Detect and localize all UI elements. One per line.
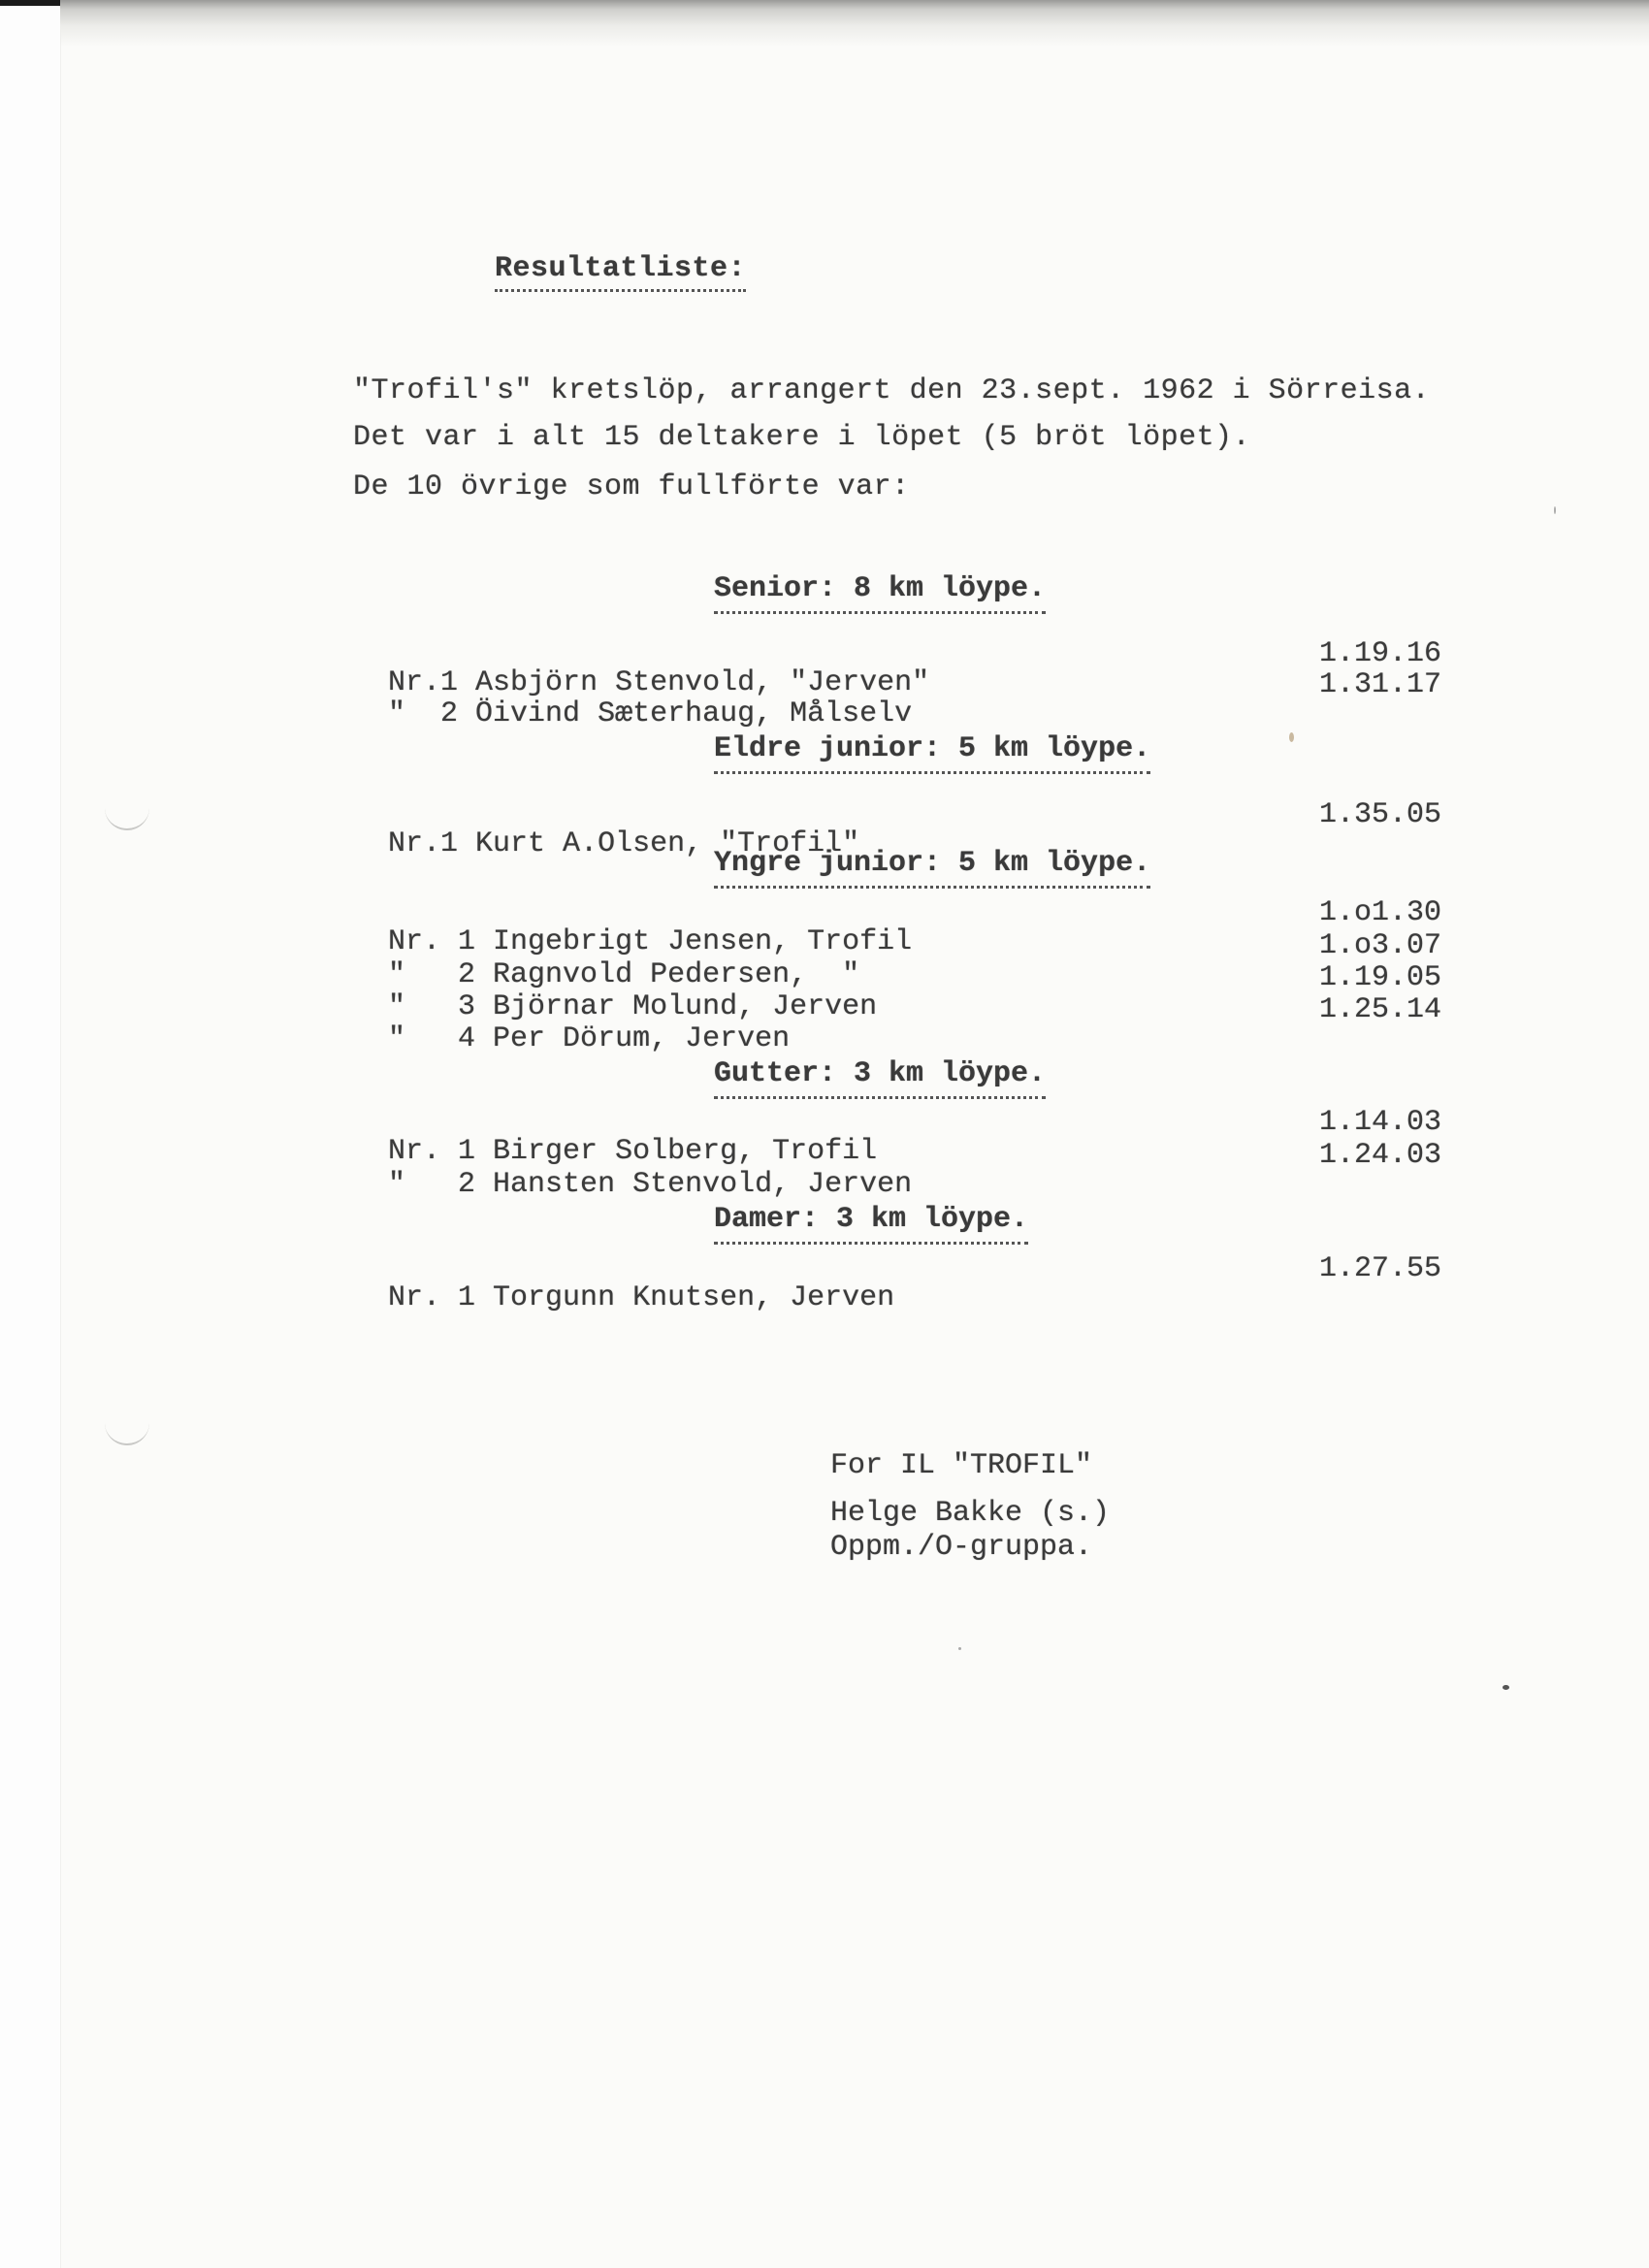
scan-speck [1554,506,1556,514]
result-name: Per Dörum, Jerven [493,1022,790,1055]
result-time: 1.o1.30 [1319,898,1441,927]
result-row: Nr. 1 Torgunn Knutsen, Jerven 1.27.55 [353,1254,1441,1342]
scan-speck [958,1647,961,1650]
result-prefix: Nr.1 [388,827,458,860]
punch-hole-mark [105,807,149,830]
result-name: Hansten Stenvold, Jerven [493,1168,912,1201]
scan-speck [1503,1685,1509,1690]
scan-top-shadow [60,0,1649,47]
result-time: 1.19.16 [1319,639,1441,668]
result-time: 1.o3.07 [1319,931,1441,960]
intro-line: De 10 övrige som fullförte var: [353,472,910,502]
result-prefix: " 2 [388,1168,475,1201]
result-prefix: " 2 [388,697,458,730]
result-time: 1.31.17 [1319,670,1441,699]
result-name: Torgunn Knutsen, Jerven [493,1281,894,1314]
document-title: Resultatliste: [495,254,746,292]
section-heading-senior: Senior: 8 km löype. [714,572,1046,614]
section-heading-damer: Damer: 3 km löype. [714,1203,1028,1245]
result-time: 1.35.05 [1319,800,1441,829]
result-time: 1.27.55 [1319,1254,1441,1283]
section-heading-gutter: Gutter: 3 km löype. [714,1057,1046,1099]
section-heading-yngre-junior: Yngre junior: 5 km löype. [714,847,1150,889]
result-prefix: " 4 [388,1022,475,1055]
scan-left-margin [0,6,61,2268]
section-heading-eldre-junior: Eldre junior: 5 km löype. [714,732,1150,774]
result-name: Öivind Sæterhaug, Målselv [475,697,912,730]
intro-line: Det var i alt 15 deltakere i löpet (5 br… [353,423,1250,452]
result-prefix: Nr. 1 [388,1281,475,1314]
result-time: 1.14.03 [1319,1108,1441,1137]
signature-role: Oppm./O-gruppa. [830,1531,1092,1564]
signature-organization: For IL "TROFIL" [830,1449,1092,1482]
result-time: 1.19.05 [1319,963,1441,992]
result-time: 1.24.03 [1319,1141,1441,1170]
signature-name: Helge Bakke (s.) [830,1497,1110,1530]
punch-hole-mark [105,1422,149,1445]
intro-line: "Trofil's" kretslöp, arrangert den 23.se… [353,376,1430,405]
scan-speck [1289,732,1294,742]
result-time: 1.25.14 [1319,995,1441,1024]
